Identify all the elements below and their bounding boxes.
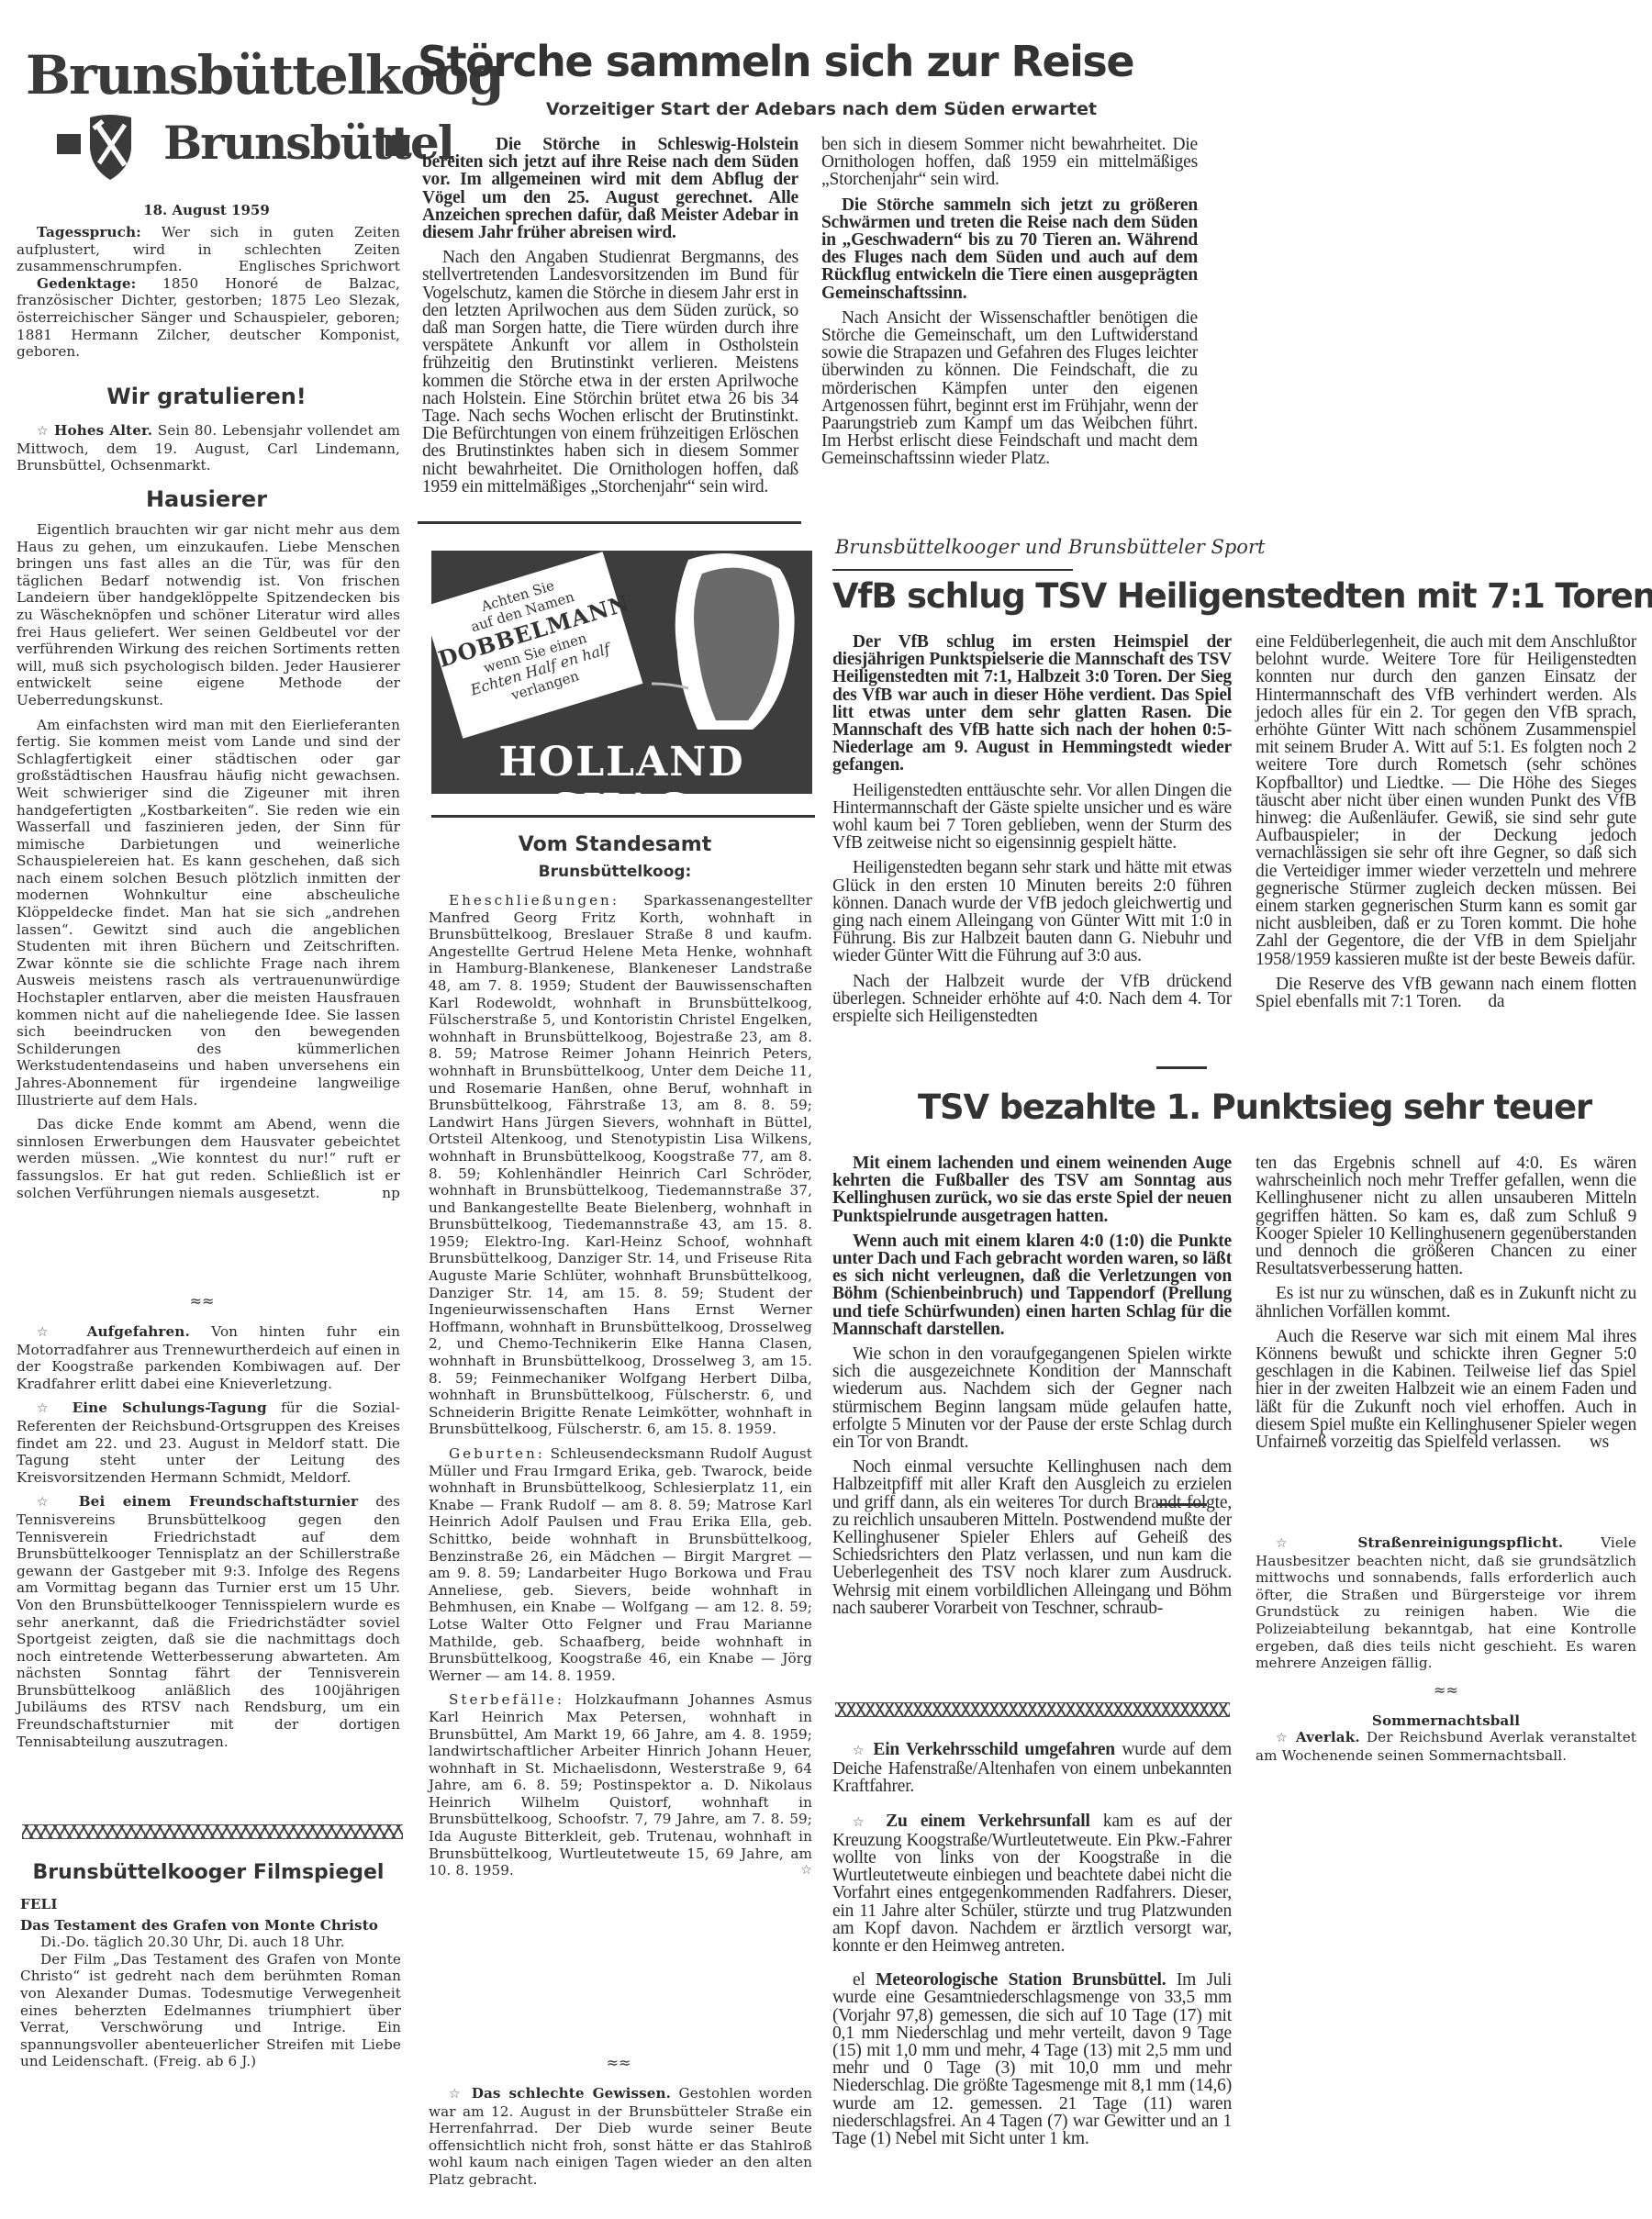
vfb-p3-continued: eine Feldüberlegenheit, die auch mit dem… bbox=[1256, 633, 1636, 968]
storks-p2: Die Störche sammeln sich jetzt zu größer… bbox=[821, 196, 1198, 302]
vfb-p1: Heiligenstedten enttäuschte sehr. Vor al… bbox=[832, 782, 1232, 853]
vfb-col-2: eine Feldüberlegenheit, die auch mit dem… bbox=[1256, 633, 1636, 1010]
star-icon: ☆ bbox=[853, 1744, 866, 1758]
hausierer-heading: Hausierer bbox=[0, 486, 413, 512]
ad-product-name: HOLLAND SHAG bbox=[431, 739, 812, 832]
news-title: Eine Schulungs-Tagung bbox=[73, 1399, 267, 1416]
divider-rule bbox=[1156, 1066, 1207, 1069]
accident-title: Zu einem Verkehrsunfall bbox=[886, 1812, 1090, 1831]
tsv-p3: Es ist nur zu wünschen, daß es in Zukunf… bbox=[1256, 1285, 1636, 1320]
divider-rule bbox=[418, 521, 801, 524]
divider-rule bbox=[431, 815, 815, 818]
standesamt-heading: Vom Standesamt bbox=[418, 833, 812, 856]
summer-ball-title: Averlak. bbox=[1296, 1729, 1360, 1745]
local-news-left: ☆ Aufgefahren. Von hinten fuhr ein Motor… bbox=[17, 1323, 400, 1750]
storks-lead: Die Störche in Schleswig-Holstein bereit… bbox=[422, 136, 798, 241]
deaths-label: Sterbefälle: bbox=[449, 1691, 564, 1708]
local-news-right: ☆ Straßenreinigungspflicht. Viele Hausbe… bbox=[1256, 1534, 1636, 1765]
storks-subheadline: Vorzeitiger Start der Adebars nach dem S… bbox=[418, 99, 1225, 119]
storks-p1: Nach den Angaben Studienrat Bergmanns, d… bbox=[422, 249, 798, 496]
coat-of-arms-anchor-icon bbox=[53, 108, 182, 182]
masthead: Brunsbüttelkoog Brunsbüttel bbox=[26, 44, 393, 173]
squiggle-divider: ≈≈ bbox=[184, 1296, 220, 1307]
theft-item: ☆ Das schlechte Gewissen. Gestohlen word… bbox=[429, 2085, 812, 2189]
star-icon: ☆ bbox=[37, 1495, 61, 1510]
accident-text: kam es auf der Kreuzung Koogstraße/Wurtl… bbox=[832, 1812, 1232, 1956]
star-icon: ☆ bbox=[1276, 1731, 1289, 1745]
quote-label: Tagesspruch: bbox=[37, 224, 141, 240]
tsv-lead-1: Mit einem lachenden und einem weinenden … bbox=[832, 1154, 1232, 1225]
weather-title: Meteorologische Station Brunsbüttel. bbox=[876, 1970, 1166, 1990]
film-listing: FELI Das Testament des Grafen von Monte … bbox=[20, 1896, 401, 2070]
film-description: Der Film „Das Testament des Grafen von M… bbox=[20, 1951, 401, 2070]
smoking-man-portrait-icon bbox=[652, 551, 808, 734]
star-icon: ☆ bbox=[780, 1862, 812, 1879]
vfb-headline: VfB schlug TSV Heiligenstedten mit 7:1 T… bbox=[832, 576, 1652, 616]
tsv-p2-start: Noch einmal versuchte Kellinghusen nach … bbox=[832, 1458, 1232, 1617]
tsv-p4: Auch die Reserve war sich mit einem Mal … bbox=[1256, 1328, 1636, 1451]
summer-ball-heading: Sommernachtsball bbox=[1256, 1712, 1636, 1730]
vfb-col-1: Der VfB schlug im ersten Heimspiel der d… bbox=[832, 633, 1232, 1025]
tsv-col-2: ten das Ergebnis schnell auf 4:0. Es wär… bbox=[1256, 1154, 1636, 1451]
tsv-col-1: Mit einem lachenden und einem weinenden … bbox=[832, 1154, 1232, 1617]
standesamt-listing: Eheschließungen: Sparkassenangestellter … bbox=[429, 892, 812, 1879]
vfb-p3-start: Nach der Halbzeit wurde der VfB drückend… bbox=[832, 973, 1232, 1026]
star-icon: ☆ bbox=[449, 2087, 463, 2102]
congrats-heading: Wir gratulieren! bbox=[0, 384, 413, 409]
storks-p3: Nach Ansicht der Wissenschaftler benötig… bbox=[821, 309, 1198, 468]
film-heading: Brunsbüttelkooger Filmspiegel bbox=[17, 1861, 400, 1884]
star-icon: ☆ bbox=[1276, 1536, 1321, 1551]
tsv-headline: TSV bezahlte 1. Punktsieg sehr teuer bbox=[918, 1087, 1591, 1127]
news-title: Aufgefahren. bbox=[87, 1323, 190, 1340]
squiggle-divider: ≈≈ bbox=[1256, 1685, 1636, 1696]
star-icon: ☆ bbox=[37, 424, 49, 439]
congrats-title: Hohes Alter. bbox=[54, 422, 152, 439]
standesamt-subheading: Brunsbüttelkoog: bbox=[418, 863, 812, 881]
vfb-author: da bbox=[1488, 992, 1504, 1011]
star-icon: ☆ bbox=[37, 1401, 58, 1416]
star-icon: ☆ bbox=[853, 1815, 873, 1830]
births-text: Schleusendecksmann Rudolf August Müller … bbox=[429, 1445, 812, 1684]
tsv-p1: Wie schon in den voraufgegangenen Spiele… bbox=[832, 1345, 1232, 1451]
storks-headline: Störche sammeln sich zur Reise bbox=[418, 37, 1133, 86]
congrats-item: ☆ Hohes Alter. Sein 80. Lebensjahr volle… bbox=[17, 422, 400, 474]
traffic-sign-title: Ein Verkehrsschild umgefahren bbox=[873, 1740, 1115, 1759]
divider-rule bbox=[1156, 1503, 1207, 1506]
theft-title: Das schlechte Gewissen. bbox=[472, 2085, 671, 2102]
ornament-divider bbox=[22, 1824, 403, 1839]
vfb-p4: Die Reserve des VfB gewann nach einem fl… bbox=[1256, 975, 1636, 1011]
squiggle-divider: ≈≈ bbox=[600, 2057, 637, 2068]
news-text: des Tennisvereins Brunsbüttelkoog gegen … bbox=[17, 1493, 400, 1749]
tsv-lead-2: Wenn auch mit einem klaren 4:0 (1:0) die… bbox=[832, 1232, 1232, 1338]
marriages-text: Sparkassenangestellter Manfred Georg Fri… bbox=[429, 892, 812, 1437]
star-icon: ☆ bbox=[37, 1325, 65, 1340]
weather-text: Im Juli wurde eine Gesamtniederschlagsme… bbox=[832, 1970, 1232, 2148]
anniversary-label: Gedenktage: bbox=[37, 275, 136, 292]
sport-section-label: Brunsbüttelkooger und Brunsbütteler Spor… bbox=[835, 536, 1265, 558]
street-cleaning-title: Straßenreinigungspflicht. bbox=[1357, 1534, 1563, 1551]
street-cleaning-text: Viele Hausbesitzer beachten nicht, daß s… bbox=[1256, 1534, 1636, 1671]
hausierer-p2: Am einfachsten wird man mit den Eierlief… bbox=[17, 717, 400, 1109]
ornament-divider bbox=[835, 1702, 1230, 1717]
quote-source: Englisches Sprichwort bbox=[218, 258, 400, 275]
vfb-lead: Der VfB schlug im ersten Heimspiel der d… bbox=[832, 633, 1232, 775]
hausierer-article: Eigentlich brauchten wir gar nicht mehr … bbox=[17, 521, 400, 1202]
marriages-label: Eheschließungen: bbox=[449, 892, 619, 909]
sport-label-underline bbox=[832, 569, 1073, 571]
tsv-p2-continued: ten das Ergebnis schnell auf 4:0. Es wär… bbox=[1256, 1154, 1636, 1277]
storks-col-2-text: ben sich in diesem Sommer nicht bewahrhe… bbox=[821, 136, 1198, 468]
daily-box: Tagesspruch: Wer sich in guten Zeiten au… bbox=[17, 224, 400, 361]
vfb-p2: Heiligenstedten begann sehr stark und hä… bbox=[832, 859, 1232, 965]
storks-p1-end: ben sich in diesem Sommer nicht bewahrhe… bbox=[821, 136, 1198, 189]
film-title: Das Testament des Grafen von Monte Chris… bbox=[20, 1917, 401, 1935]
masthead-ribbon-right bbox=[385, 136, 409, 156]
date-line: 18. August 1959 bbox=[0, 202, 413, 218]
holland-shag-ad[interactable]: Achten Sie auf den Namen DOBBELMANN wenn… bbox=[431, 551, 812, 794]
weather-prefix: el bbox=[853, 1970, 865, 1990]
news-text: Von hinten fuhr ein Motorradfahrer aus T… bbox=[17, 1323, 400, 1392]
births-label: Geburten: bbox=[449, 1445, 545, 1462]
local-news-middle: ☆ Ein Verkehrsschild umgefahren wurde au… bbox=[832, 1741, 1232, 2147]
deaths-text: Holzkaufmann Johannes Asmus Karl Heinric… bbox=[429, 1691, 812, 1879]
hausierer-p1: Eigentlich brauchten wir gar nicht mehr … bbox=[17, 521, 400, 709]
masthead-town-brunsbuettel: Brunsbüttel bbox=[163, 116, 453, 170]
film-times: Di.-Do. täglich 20.30 Uhr, Di. auch 18 U… bbox=[20, 1934, 401, 1951]
cinema-name: FELI bbox=[20, 1896, 401, 1913]
storks-col-1: Die Störche in Schleswig-Holstein bereit… bbox=[422, 136, 798, 498]
news-title: Bei einem Freundschaftsturnier bbox=[79, 1493, 358, 1510]
